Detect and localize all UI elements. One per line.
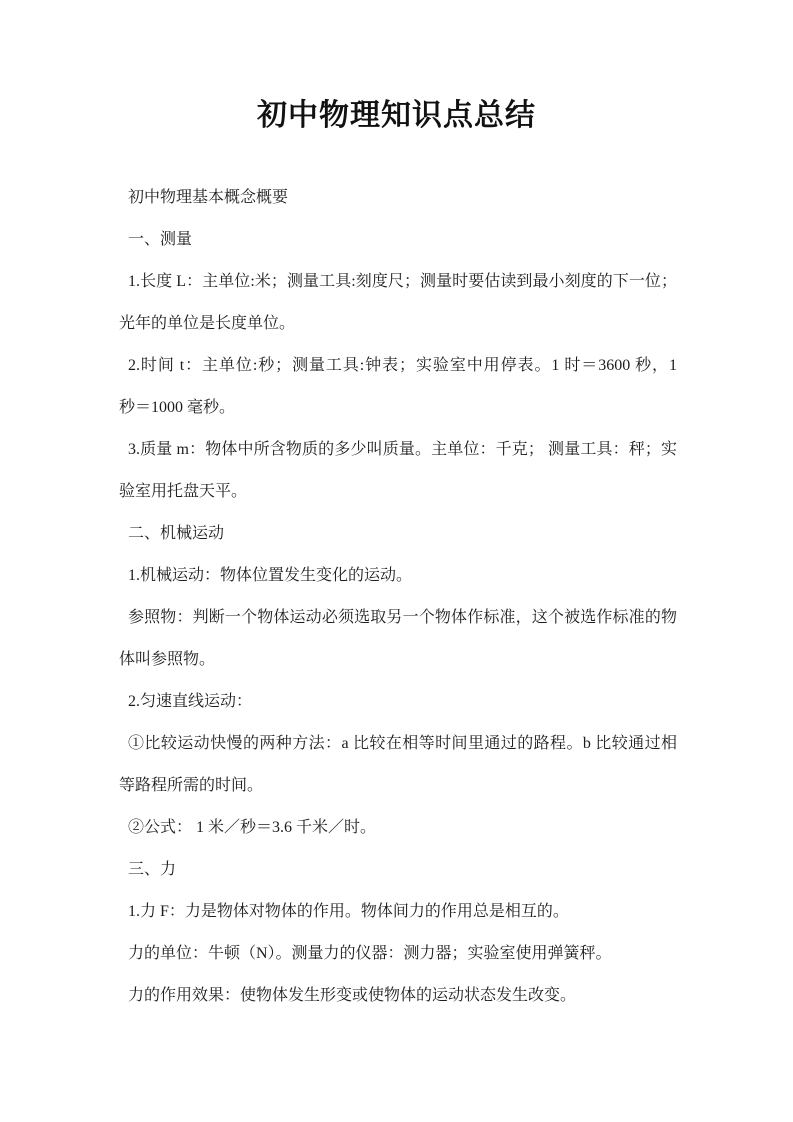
text-line: 等路程所需的时间。 [119,765,677,807]
text-line: 3.质量 m：物体中所含物质的多少叫质量。主单位：千克； 测量工具：秤；实 [119,429,677,471]
text-line: 1.力 F：力是物体对物体的作用。物体间力的作用总是相互的。 [119,891,677,933]
text-line: 参照物：判断一个物体运动必须选取另一个物体作标准，这个被选作标准的物 [119,597,677,639]
text-line: 1.长度 L：主单位:米；测量工具:刻度尺；测量时要估读到最小刻度的下一位； [119,261,677,303]
document-body: 初中物理基本概念概要 一、测量 1.长度 L：主单位:米；测量工具:刻度尺；测量… [119,177,677,1017]
document-page: 初中物理知识点总结 初中物理基本概念概要 一、测量 1.长度 L：主单位:米；测… [0,0,793,1122]
text-line: 初中物理基本概念概要 [119,177,677,219]
text-line: 体叫参照物。 [119,639,677,681]
section-heading: 一、测量 [119,219,677,261]
text-line: 力的作用效果：使物体发生形变或使物体的运动状态发生改变。 [119,975,677,1017]
text-line: 2.时间 t：主单位:秒；测量工具:钟表；实验室中用停表。1 时＝3600 秒，… [119,345,677,387]
section-heading: 三、力 [119,849,677,891]
text-line: 2.匀速直线运动： [119,681,677,723]
text-line: 秒＝1000 毫秒。 [119,387,677,429]
text-line: 1.机械运动：物体位置发生变化的运动。 [119,555,677,597]
text-line: ①比较运动快慢的两种方法：a 比较在相等时间里通过的路程。b 比较通过相 [119,723,677,765]
text-line: 验室用托盘天平。 [119,471,677,513]
section-heading: 二、机械运动 [119,513,677,555]
document-title: 初中物理知识点总结 [0,90,793,134]
text-line: 力的单位：牛顿（N）。测量力的仪器：测力器；实验室使用弹簧秤。 [119,933,677,975]
text-line: ②公式： 1 米／秒＝3.6 千米／时。 [119,807,677,849]
text-line: 光年的单位是长度单位。 [119,303,677,345]
